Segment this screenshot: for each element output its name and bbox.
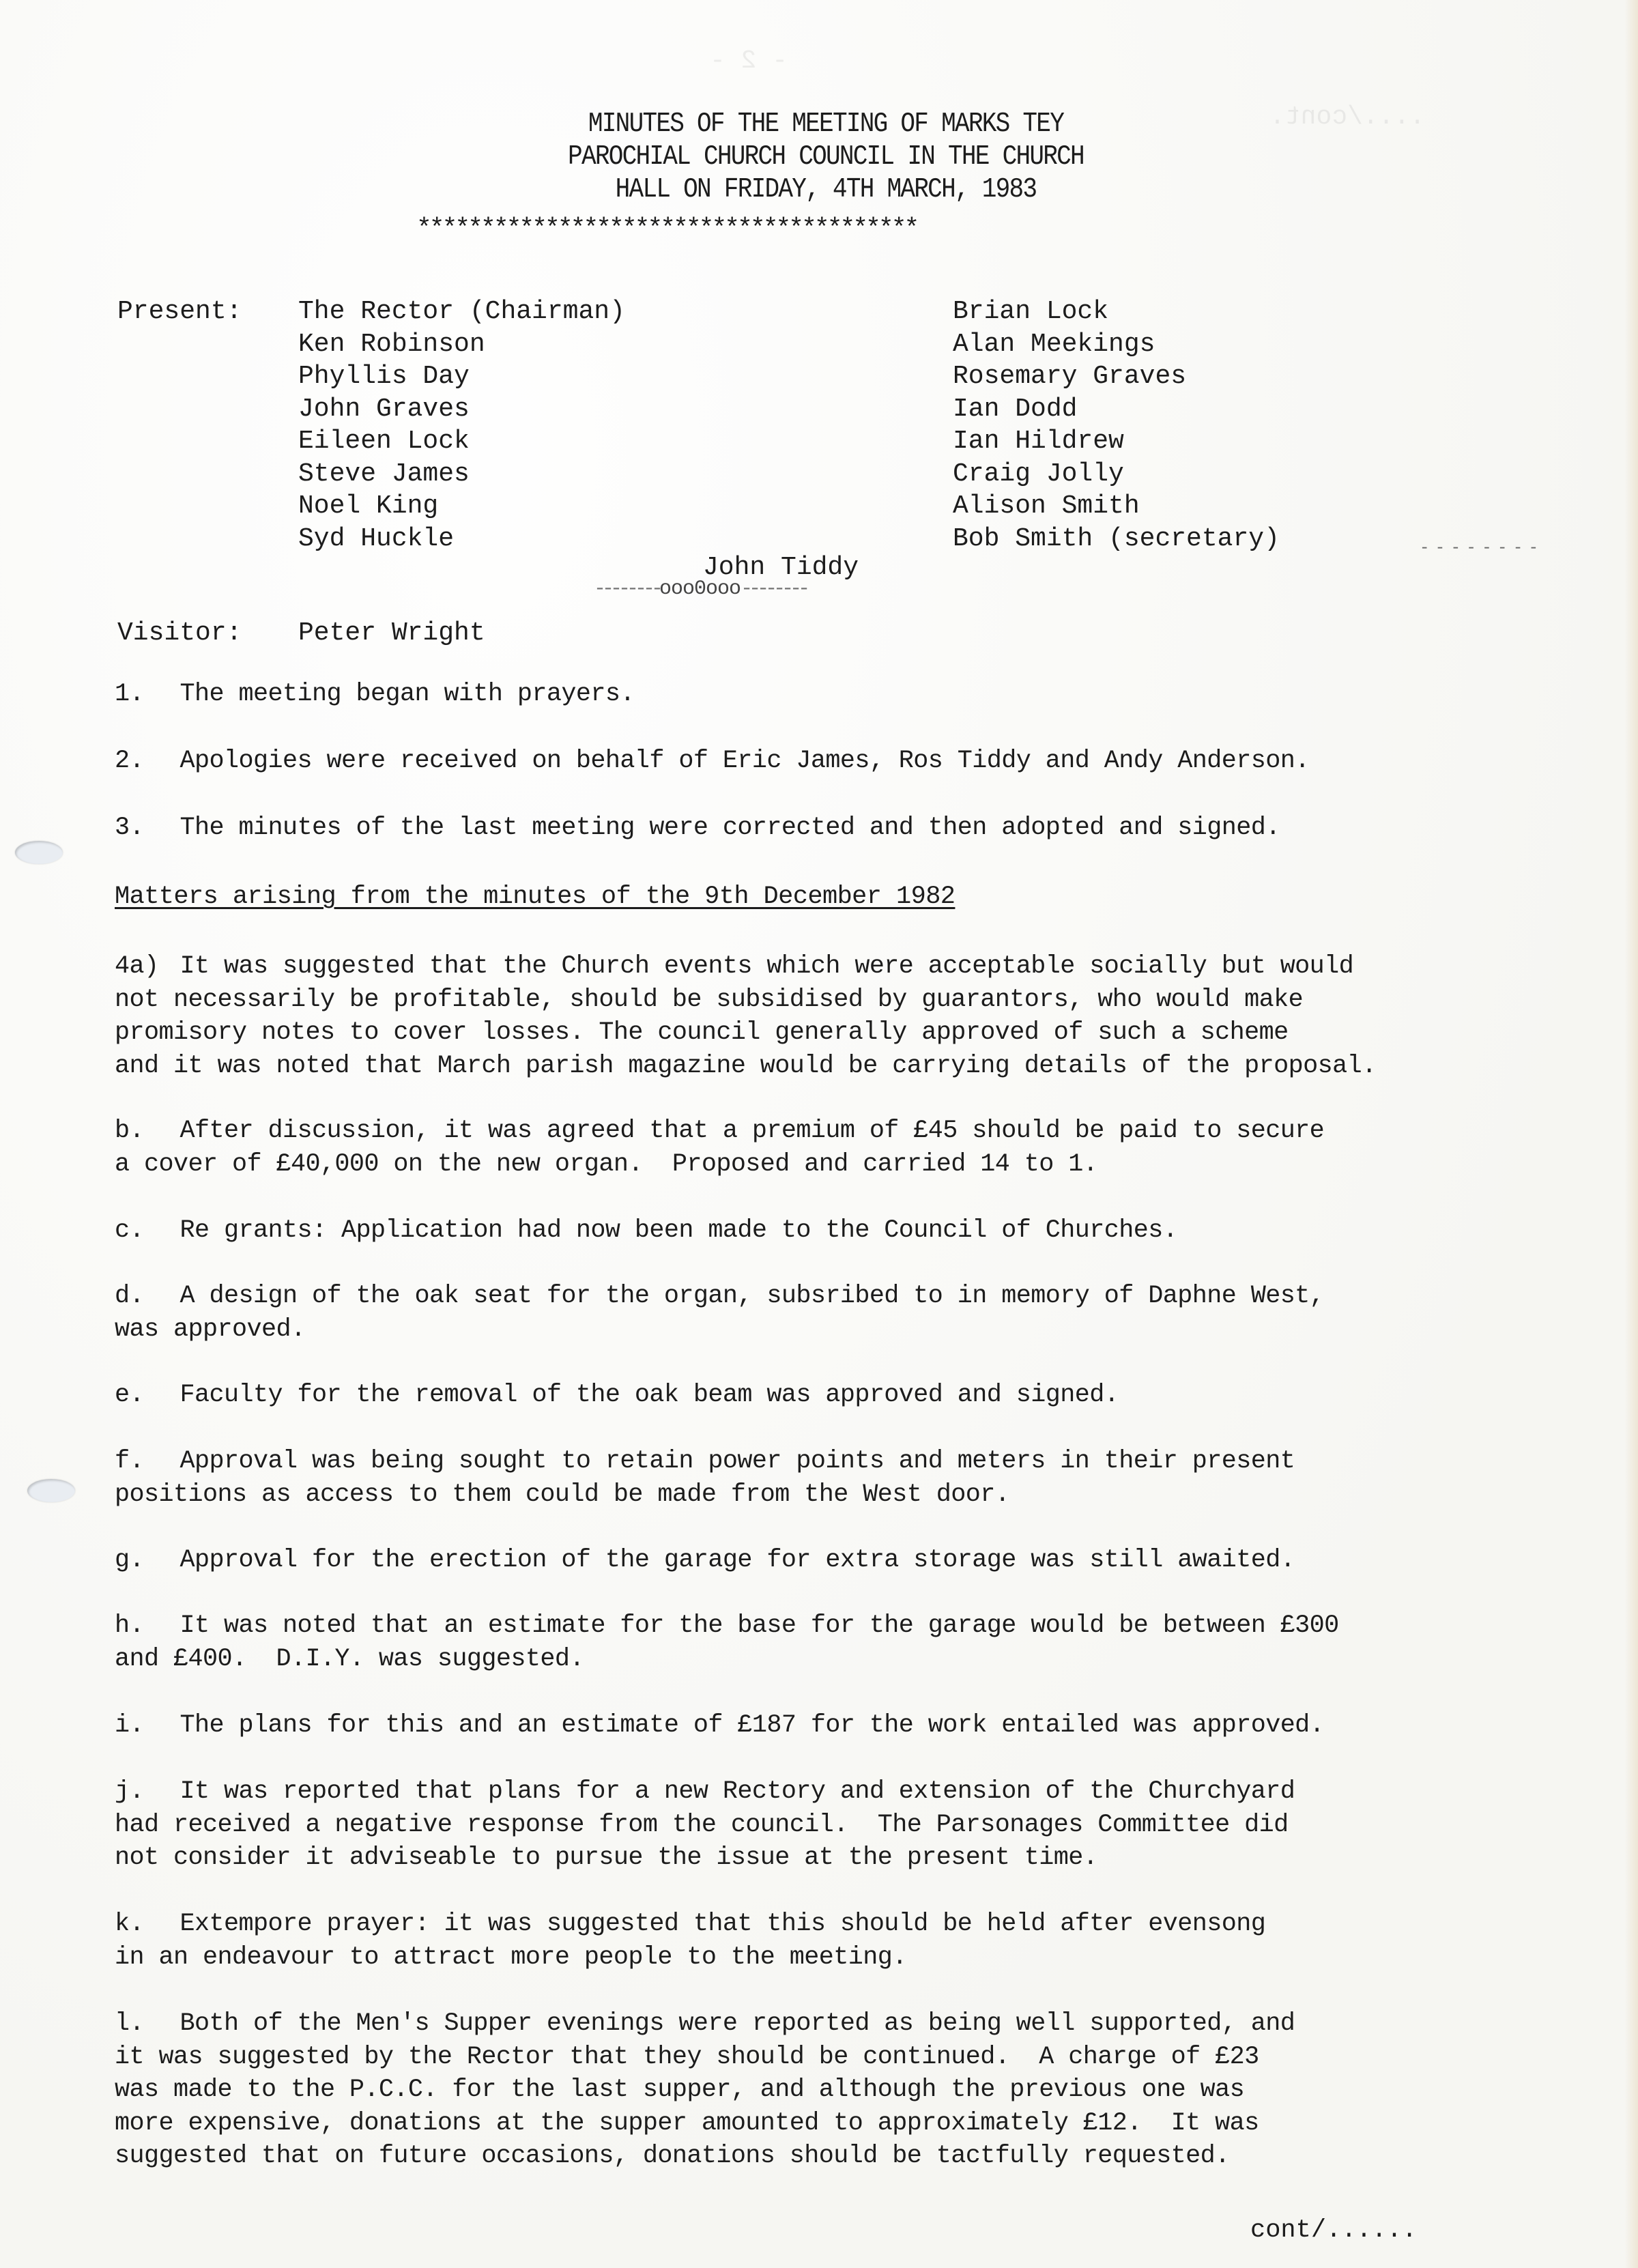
title-line: MINUTES OF THE MEETING OF MARKS TEY	[399, 108, 1252, 141]
attendee: Bob Smith (secretary)	[953, 523, 1280, 556]
item-line: suggested that on future occasions, dona…	[115, 2140, 1554, 2173]
matters-item: d.A design of the oak seat for the organ…	[115, 1280, 1554, 1346]
item-text: The meeting began with prayers.	[180, 680, 635, 708]
item-letter: e.	[115, 1379, 180, 1412]
matters-item: g.Approval for the erection of the garag…	[115, 1544, 1554, 1577]
item-text: The minutes of the last meeting were cor…	[180, 814, 1280, 842]
item-text: It was suggested that the Church events …	[180, 952, 1354, 981]
matters-arising-heading: Matters arising from the minutes of the …	[115, 880, 955, 913]
item-text: Approval for the erection of the garage …	[180, 1546, 1295, 1575]
item-line: g.Approval for the erection of the garag…	[115, 1544, 1554, 1577]
item-line: was approved.	[115, 1313, 1554, 1347]
minute-item: 2.Apologies were received on behalf of E…	[115, 745, 1554, 778]
divider-center: ooo0ooo	[659, 577, 741, 601]
punch-hole	[27, 1479, 75, 1502]
item-letter: d.	[115, 1280, 180, 1313]
visitor-name: Peter Wright	[298, 617, 485, 650]
typed-dashes: - - - - - - - -	[1420, 539, 1536, 558]
item-text: It was noted that an estimate for the ba…	[180, 1611, 1339, 1640]
attendee: Eileen Lock	[298, 425, 625, 458]
document-page: - 2 - ..../cont. MINUTES OF THE MEETING …	[0, 0, 1638, 2268]
item-line: in an endeavour to attract more people t…	[115, 1941, 1554, 1975]
item-text: and it was noted that March parish magaz…	[115, 1052, 1377, 1080]
item-line: not necessarily be profitable, should be…	[115, 984, 1554, 1017]
item-text: promisory notes to cover losses. The cou…	[115, 1018, 1289, 1047]
item-text: was made to the P.C.C. for the last supp…	[115, 2076, 1244, 2104]
attendee: Alan Meekings	[953, 328, 1280, 361]
attendee: Rosemary Graves	[953, 360, 1280, 393]
item-text: and £400. D.I.Y. was suggested.	[115, 1645, 584, 1674]
item-line: b.After discussion, it was agreed that a…	[115, 1115, 1554, 1148]
item-letter: l.	[115, 2007, 180, 2041]
item-text: A design of the oak seat for the organ, …	[180, 1282, 1325, 1310]
item-line: d.A design of the oak seat for the organ…	[115, 1280, 1554, 1313]
item-text: Faculty for the removal of the oak beam …	[180, 1381, 1119, 1409]
item-line: it was suggested by the Rector that they…	[115, 2041, 1554, 2074]
attendee: Craig Jolly	[953, 458, 1280, 491]
matters-item: f.Approval was being sought to retain po…	[115, 1445, 1554, 1511]
divider-dashes: --------	[594, 577, 659, 601]
document-title: MINUTES OF THE MEETING OF MARKS TEY PARO…	[399, 108, 1252, 206]
item-text: was approved.	[115, 1315, 305, 1344]
item-text: It was reported that plans for a new Rec…	[180, 1777, 1295, 1806]
item-line: more expensive, donations at the supper …	[115, 2107, 1554, 2140]
title-line: HALL ON FRIDAY, 4TH MARCH, 1983	[399, 173, 1252, 206]
item-line: promisory notes to cover losses. The cou…	[115, 1016, 1554, 1050]
bleed-through-cont: ..../cont.	[1269, 102, 1425, 132]
item-line: and £400. D.I.Y. was suggested.	[115, 1643, 1554, 1676]
attendee: Phyllis Day	[298, 360, 625, 393]
matters-item: e.Faculty for the removal of the oak bea…	[115, 1379, 1554, 1412]
minute-item: 3.The minutes of the last meeting were c…	[115, 812, 1554, 845]
attendee: Ken Robinson	[298, 328, 625, 361]
attendee: Noel King	[298, 490, 625, 523]
title-line: PAROCHIAL CHURCH COUNCIL IN THE CHURCH	[399, 141, 1252, 173]
item-text: Both of the Men's Supper evenings were r…	[180, 2009, 1295, 2038]
item-text: not necessarily be profitable, should be…	[115, 986, 1303, 1014]
item-line: c.Re grants: Application had now been ma…	[115, 1214, 1554, 1248]
continuation-marker: cont/......	[1250, 2215, 1417, 2245]
bleed-through-page-number: - 2 -	[710, 46, 788, 76]
item-line: l.Both of the Men's Supper evenings were…	[115, 2007, 1554, 2041]
item-letter: k.	[115, 1908, 180, 1941]
item-text: The plans for this and an estimate of £1…	[180, 1711, 1325, 1740]
visitor-label: Visitor:	[117, 617, 242, 650]
title-asterisk-rule: ***************************************	[416, 214, 917, 244]
item-line: had received a negative response from th…	[115, 1809, 1554, 1842]
present-label: Present:	[117, 296, 242, 328]
item-letter: 4a)	[115, 950, 180, 984]
matters-item: 4a)It was suggested that the Church even…	[115, 950, 1554, 1082]
item-line: i.The plans for this and an estimate of …	[115, 1709, 1554, 1742]
item-text: Re grants: Application had now been made…	[180, 1216, 1178, 1245]
item-line: j.It was reported that plans for a new R…	[115, 1775, 1554, 1809]
item-text: in an endeavour to attract more people t…	[115, 1943, 907, 1972]
item-line: h.It was noted that an estimate for the …	[115, 1609, 1554, 1643]
item-letter: h.	[115, 1609, 180, 1643]
divider-dashes: --------	[741, 577, 806, 601]
matters-item: h.It was noted that an estimate for the …	[115, 1609, 1554, 1676]
minute-item: 1.The meeting began with prayers.	[115, 678, 1554, 711]
item-number: 2.	[115, 745, 180, 778]
item-number: 3.	[115, 812, 180, 845]
item-line: e.Faculty for the removal of the oak bea…	[115, 1379, 1554, 1412]
matters-item: c.Re grants: Application had now been ma…	[115, 1214, 1554, 1248]
punch-hole	[15, 841, 63, 864]
item-text: suggested that on future occasions, dona…	[115, 2142, 1230, 2170]
item-text: Extempore prayer: it was suggested that …	[180, 1910, 1266, 1938]
item-text: had received a negative response from th…	[115, 1811, 1289, 1839]
item-letter: i.	[115, 1709, 180, 1742]
attendee: The Rector (Chairman)	[298, 296, 625, 328]
item-line: a cover of £40,000 on the new organ. Pro…	[115, 1148, 1554, 1181]
item-line: positions as access to them could be mad…	[115, 1478, 1554, 1512]
matters-item: k.Extempore prayer: it was suggested tha…	[115, 1908, 1554, 1974]
item-letter: f.	[115, 1445, 180, 1478]
item-text: Approval was being sought to retain powe…	[180, 1447, 1295, 1476]
present-list-left: The Rector (Chairman) Ken Robinson Phyll…	[298, 296, 625, 555]
attendee: Brian Lock	[953, 296, 1280, 328]
item-text: a cover of £40,000 on the new organ. Pro…	[115, 1150, 1097, 1179]
attendee: Ian Dodd	[953, 393, 1280, 426]
attendee: Ian Hildrew	[953, 425, 1280, 458]
item-text: positions as access to them could be mad…	[115, 1480, 1009, 1509]
item-letter: b.	[115, 1115, 180, 1148]
paper-edge	[1624, 0, 1638, 2268]
matters-item: b.After discussion, it was agreed that a…	[115, 1115, 1554, 1181]
attendee: John Graves	[298, 393, 625, 426]
item-letter: g.	[115, 1544, 180, 1577]
item-line: f.Approval was being sought to retain po…	[115, 1445, 1554, 1478]
item-text: it was suggested by the Rector that they…	[115, 2043, 1259, 2071]
item-letter: j.	[115, 1775, 180, 1809]
item-number: 1.	[115, 678, 180, 711]
present-list-right: Brian Lock Alan Meekings Rosemary Graves…	[953, 296, 1280, 555]
matters-item: i.The plans for this and an estimate of …	[115, 1709, 1554, 1742]
item-text: After discussion, it was agreed that a p…	[180, 1117, 1325, 1145]
item-line: 4a)It was suggested that the Church even…	[115, 950, 1554, 984]
item-text: more expensive, donations at the supper …	[115, 2109, 1259, 2138]
section-divider-ornament: --------ooo0ooo--------	[594, 577, 806, 601]
item-line: not consider it adviseable to pursue the…	[115, 1841, 1554, 1875]
item-text: Apologies were received on behalf of Eri…	[180, 747, 1310, 775]
item-text: not consider it adviseable to pursue the…	[115, 1843, 1097, 1872]
attendee: Alison Smith	[953, 490, 1280, 523]
item-line: and it was noted that March parish magaz…	[115, 1050, 1554, 1083]
matters-item: j.It was reported that plans for a new R…	[115, 1775, 1554, 1875]
item-line: k.Extempore prayer: it was suggested tha…	[115, 1908, 1554, 1941]
attendee: Steve James	[298, 458, 625, 491]
attendee: Syd Huckle	[298, 523, 625, 556]
matters-item: l.Both of the Men's Supper evenings were…	[115, 2007, 1554, 2173]
item-letter: c.	[115, 1214, 180, 1248]
item-line: was made to the P.C.C. for the last supp…	[115, 2073, 1554, 2107]
